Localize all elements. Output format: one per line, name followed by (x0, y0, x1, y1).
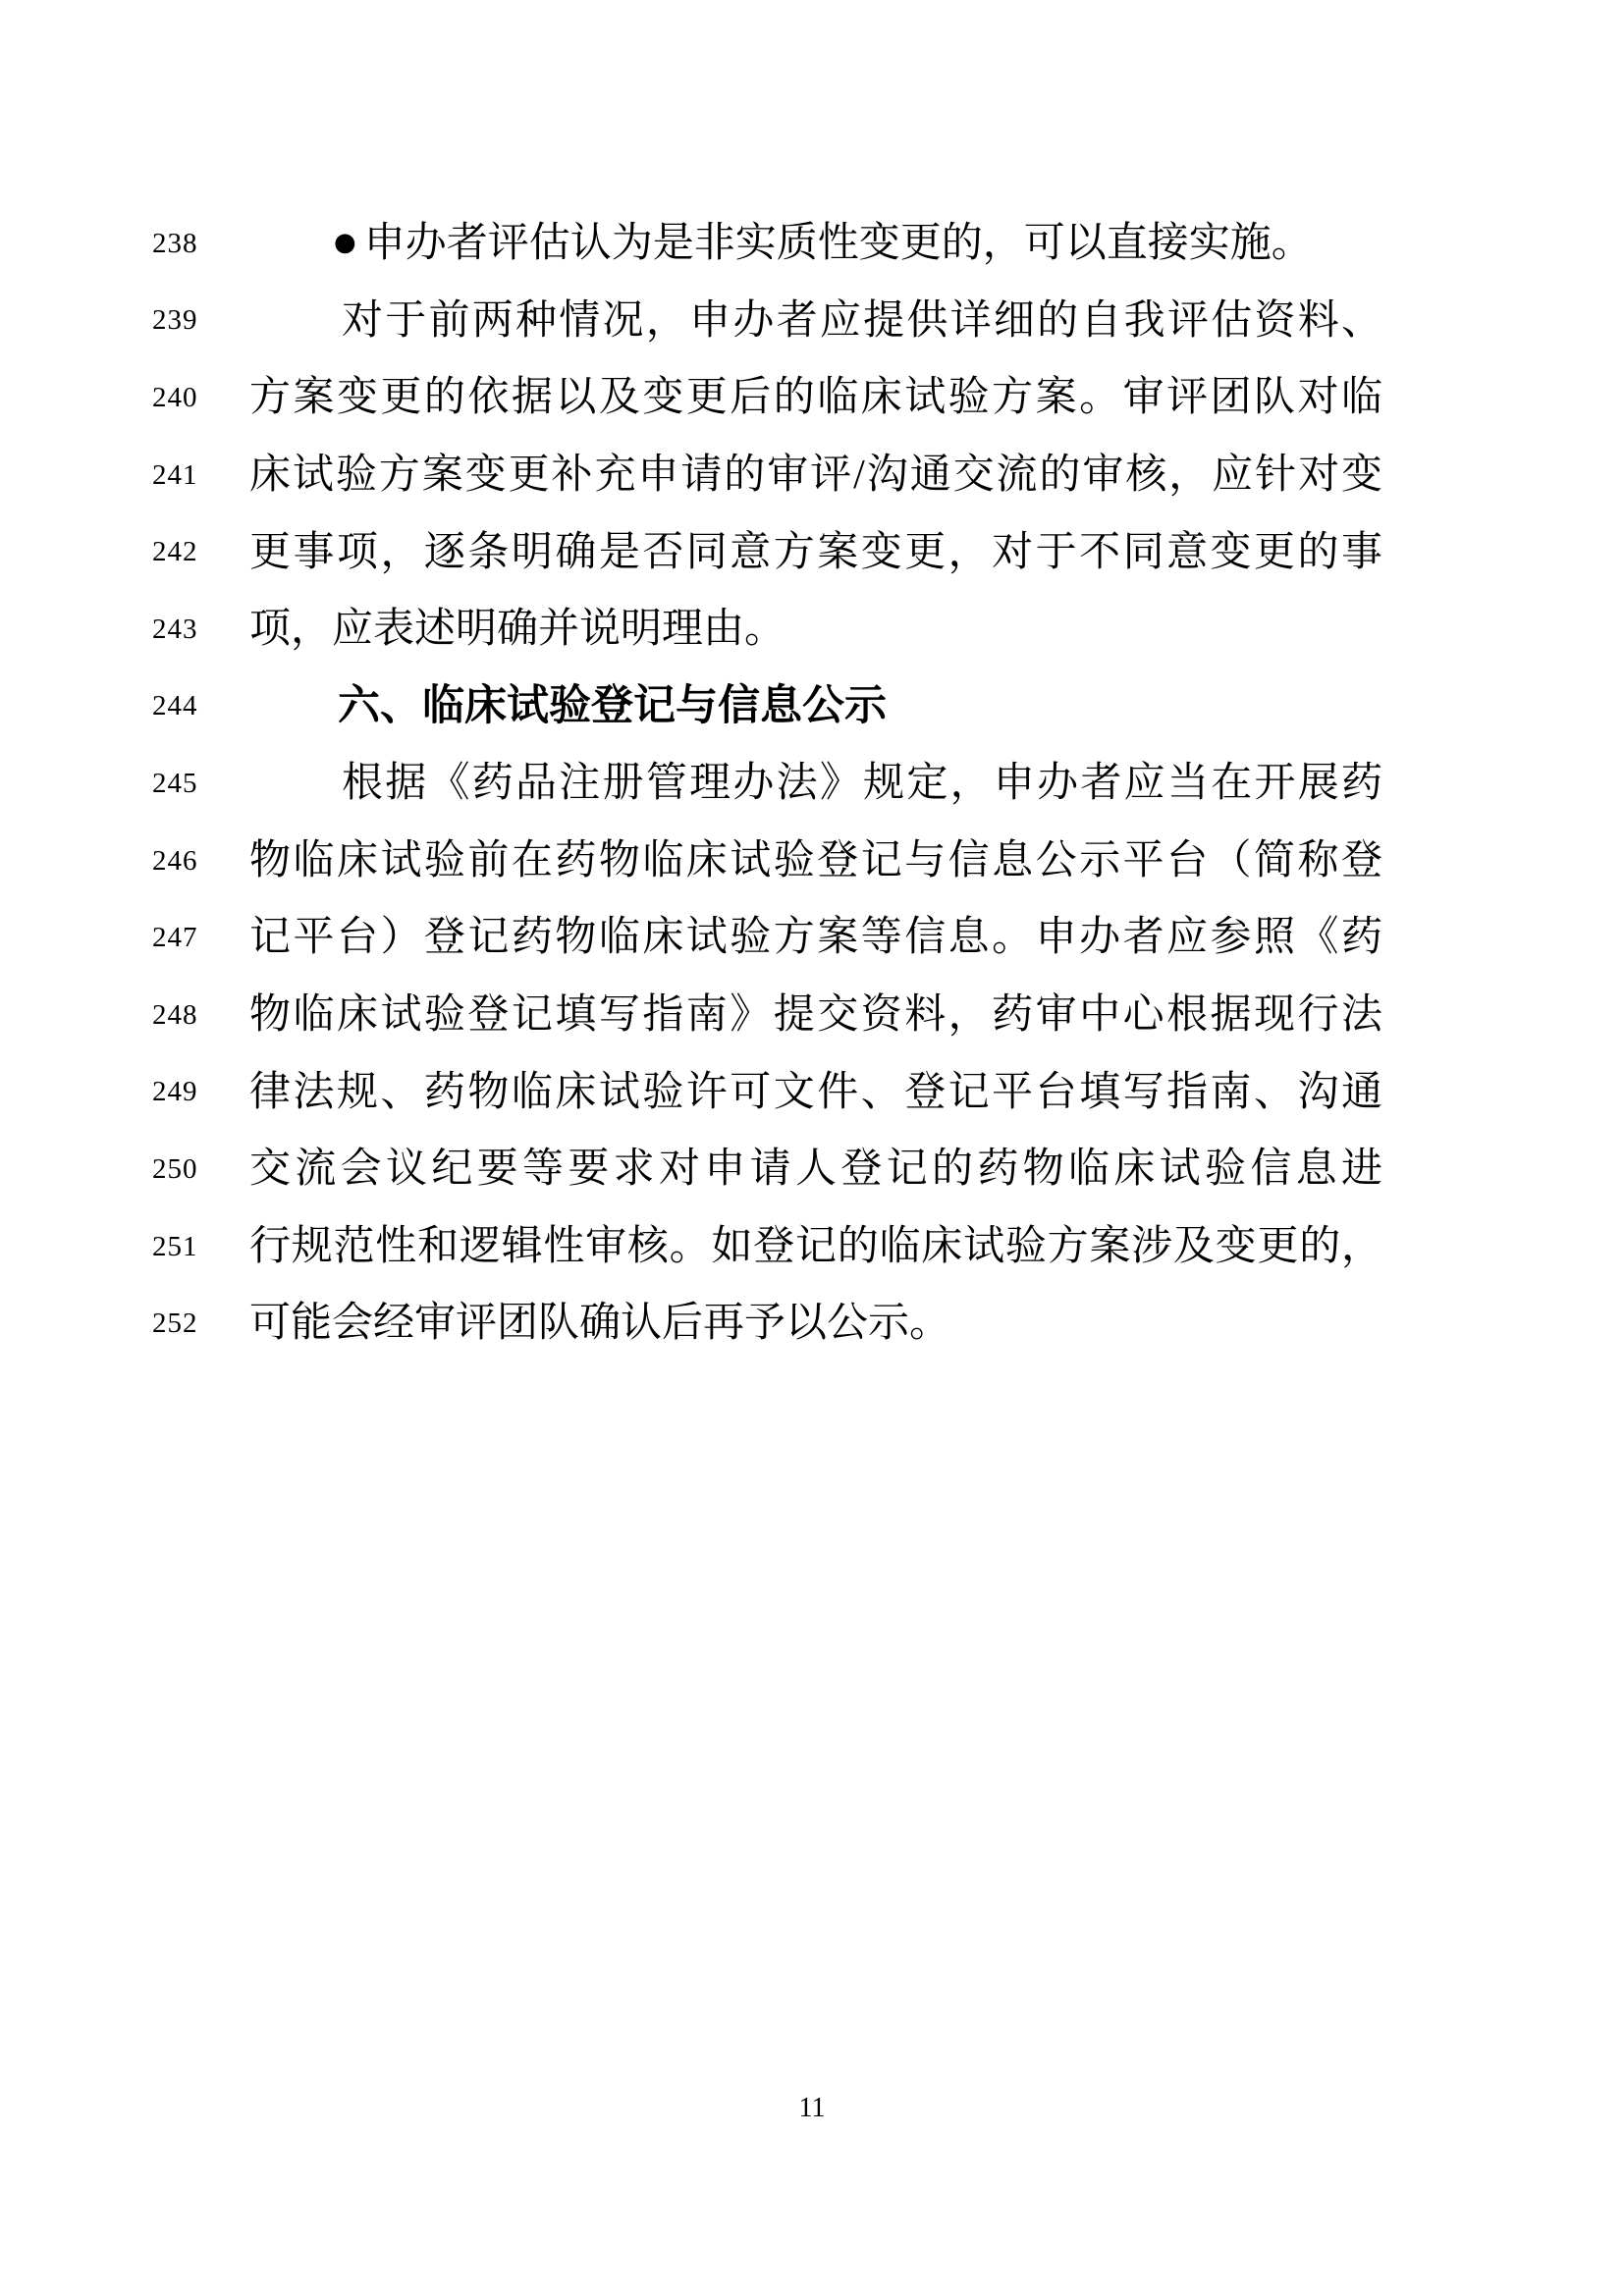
line-number: 248 (152, 1001, 249, 1030)
text-line: 252 可能会经审评团队确认后再予以公示。 (152, 1285, 1382, 1362)
line-number: 240 (152, 384, 249, 412)
line-text: 物临床试验登记填写指南》提交资料，药审中心根据现行法 (249, 991, 1382, 1039)
line-text: 对于前两种情况，申办者应提供详细的自我评估资料、 (249, 297, 1382, 345)
line-number: 243 (152, 615, 249, 644)
line-text: 更事项，逐条明确是否同意方案变更，对于不同意变更的事 (249, 529, 1382, 576)
text-line: 243 项，应表述明确并说明理由。 (152, 591, 1382, 668)
text-line: 242 更事项，逐条明确是否同意方案变更，对于不同意变更的事 (152, 513, 1382, 591)
text-line: 245 根据《药品注册管理办法》规定，申办者应当在开展药 (152, 745, 1382, 823)
line-number: 244 (152, 692, 249, 721)
text-line: 240 方案变更的依据以及变更后的临床试验方案。审评团队对临 (152, 359, 1382, 437)
section-heading: 六、临床试验登记与信息公示 (249, 682, 1382, 730)
line-number: 239 (152, 306, 249, 335)
text-line: 250 交流会议纪要等要求对申请人登记的药物临床试验信息进 (152, 1131, 1382, 1208)
line-text: 可能会经审评团队确认后再予以公示。 (249, 1300, 1382, 1347)
line-number: 251 (152, 1233, 249, 1261)
line-number: 249 (152, 1078, 249, 1106)
line-text: 床试验方案变更补充申请的审评/沟通交流的审核，应针对变 (249, 452, 1382, 499)
text-line: 244 六、临床试验登记与信息公示 (152, 668, 1382, 746)
line-text: 根据《药品注册管理办法》规定，申办者应当在开展药 (249, 760, 1382, 807)
line-text: 申办者评估认为是非实质性变更的，可以直接实施。 (364, 221, 1313, 266)
line-number: 238 (152, 230, 249, 258)
line-text: 物临床试验前在药物临床试验登记与信息公示平台（简称登 (249, 837, 1382, 884)
line-number: 247 (152, 924, 249, 952)
line-number: 252 (152, 1309, 249, 1338)
line-number: 250 (152, 1155, 249, 1184)
line-number: 242 (152, 538, 249, 566)
document-page: 238 ●申办者评估认为是非实质性变更的，可以直接实施。 239 对于前两种情况… (0, 0, 1624, 2296)
text-block: 238 ●申办者评估认为是非实质性变更的，可以直接实施。 239 对于前两种情况… (152, 205, 1382, 1362)
line-text: 交流会议纪要等要求对申请人登记的药物临床试验信息进 (249, 1146, 1382, 1193)
line-text: 律法规、药物临床试验许可文件、登记平台填写指南、沟通 (249, 1069, 1382, 1116)
line-text: 行规范性和逻辑性审核。如登记的临床试验方案涉及变更的， (249, 1223, 1382, 1270)
text-line: 248 物临床试验登记填写指南》提交资料，药审中心根据现行法 (152, 977, 1382, 1054)
line-text: 记平台）登记药物临床试验方案等信息。申办者应参照《药 (249, 914, 1382, 961)
line-number: 241 (152, 461, 249, 490)
text-line: 249 律法规、药物临床试验许可文件、登记平台填写指南、沟通 (152, 1054, 1382, 1132)
text-line: 241 床试验方案变更补充申请的审评/沟通交流的审核，应针对变 (152, 437, 1382, 514)
line-text: 项，应表述明确并说明理由。 (249, 606, 1382, 653)
text-line: 239 对于前两种情况，申办者应提供详细的自我评估资料、 (152, 283, 1382, 360)
text-line: 246 物临床试验前在药物临床试验登记与信息公示平台（简称登 (152, 823, 1382, 900)
text-line: 251 行规范性和逻辑性审核。如登记的临床试验方案涉及变更的， (152, 1208, 1382, 1286)
line-text: 方案变更的依据以及变更后的临床试验方案。审评团队对临 (249, 374, 1382, 421)
line-number: 246 (152, 847, 249, 876)
bullet-line: ●申办者评估认为是非实质性变更的，可以直接实施。 (249, 220, 1382, 267)
bullet-icon: ● (334, 229, 356, 258)
line-number: 245 (152, 770, 249, 798)
text-line: 247 记平台）登记药物临床试验方案等信息。申办者应参照《药 (152, 899, 1382, 977)
page-number: 11 (0, 2093, 1624, 2124)
text-line: 238 ●申办者评估认为是非实质性变更的，可以直接实施。 (152, 205, 1382, 283)
